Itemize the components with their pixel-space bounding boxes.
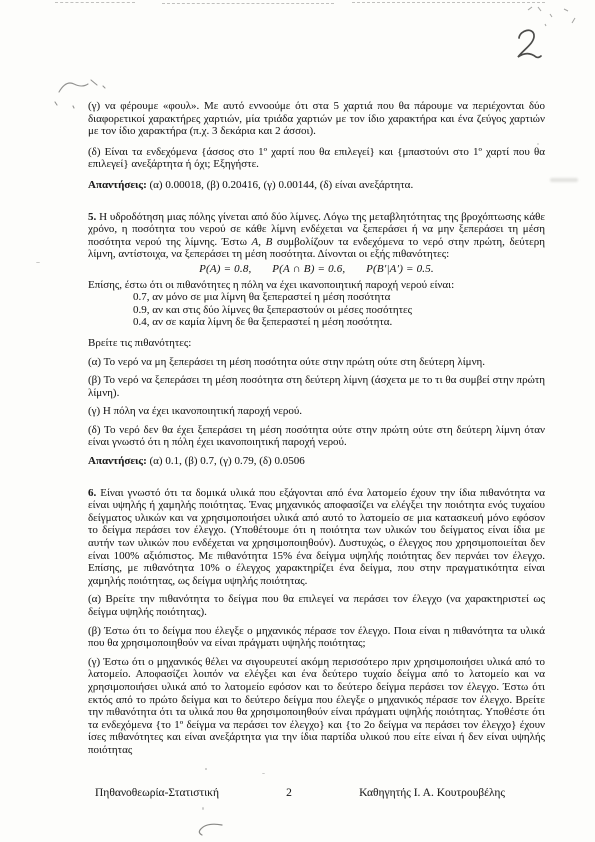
problem4-answers: Απαντήσεις: (α) 0.00018, (β) 0.20416, (γ… [88,179,545,192]
footer-instructor: Καθηγητής Ι. Α. Κουτρουβέλης [359,787,505,799]
handwritten-page-number [505,24,551,70]
problem5-part-a: (α) Το νερό να μη ξεπεράσει τη μέση ποσό… [88,356,545,369]
scan-speck [205,768,207,770]
problem5-event-symbols: A, B [252,236,273,248]
problem4-part-c: (γ) να φέρουμε «φουλ». Με αυτό εννοούμε … [88,100,545,138]
scan-speck [262,773,265,774]
handwritten-squiggle [188,820,230,842]
scan-speck [202,807,204,810]
problem5-find-label: Βρείτε τις πιθανότητες: [88,337,545,350]
answers-values: (α) 0.1, (β) 0.7, (γ) 0.79, (δ) 0.0506 [147,455,305,467]
problem5-number: 5. [88,211,96,223]
problem5-supply-intro: Επίσης, έστω ότι οι πιθανότητες η πόλη ν… [88,279,545,292]
problem6-intro: 6. Είναι γνωστό ότι τα δομικά υλικά που … [88,487,545,588]
supply-case: 0.4, αν σε καμία λίμνη δε θα ξεπεραστεί … [133,316,545,329]
footer-course-title: Πηθανοθεωρία-Στατιστική [95,787,219,799]
answers-label: Απαντήσεις: [88,179,147,191]
problem6-intro-text: Είναι γνωστό ότι τα δομικά υλικά που εξά… [88,487,545,587]
scan-smudge [550,178,578,182]
problem6-part-b: (β) Έστω ότι το δείγμα που έλεγξε ο μηχα… [88,625,545,650]
document-body: (γ) να φέρουμε «φουλ». Με αυτό εννοούμε … [88,100,545,757]
formula-term-1: P(A) = 0.8, [199,263,251,275]
problem5-part-c: (γ) Η πόλη να έχει ικανοποιητική παροχή … [88,405,545,418]
supply-case: 0.9, αν και στις δύο λίμνες θα ξεπεραστο… [133,304,545,317]
problem6-number: 6. [88,487,96,499]
answers-values: (α) 0.00018, (β) 0.20416, (γ) 0.00144, (… [147,179,413,191]
scan-speck [537,143,539,145]
scanned-document-page: (γ) να φέρουμε «φουλ». Με αυτό εννοούμε … [0,0,595,842]
problem6-part-a: (α) Βρείτε την πιθανότητα το δείγμα που … [88,593,545,618]
answers-label: Απαντήσεις: [88,455,147,467]
footer-page-number: 2 [286,787,292,799]
problem5-part-b: (β) Το νερό να ξεπεράσει τη μέση ποσότητ… [88,374,545,399]
problem5-intro: 5. Η υδροδότηση μιας πόλης γίνεται από δ… [88,211,545,261]
scan-speck [36,262,40,263]
scan-edge-dash [162,3,334,4]
problem5-probability-formula: P(A) = 0.8, P(A ∩ B) = 0.6, P(B′|A′) = 0… [88,263,545,276]
scan-edge-dash [352,2,545,3]
formula-term-3: P(B′|A′) = 0.5. [366,263,434,275]
page-footer: Πηθανοθεωρία-Στατιστική 2 Καθηγητής Ι. Α… [95,787,505,799]
supply-case: 0.7, αν μόνο σε μια λίμνη θα ξεπεραστεί … [133,291,545,304]
scan-edge-dash [55,2,135,3]
problem5-supply-cases: 0.7, αν μόνο σε μια λίμνη θα ξεπεραστεί … [88,291,545,329]
problem6-part-c: (γ) Έστω ότι ο μηχανικός θέλει να σιγουρ… [88,656,545,757]
problem5-part-d: (δ) Το νερό δεν θα έχει ξεπεράσει τη μέσ… [88,424,545,449]
problem4-part-d: (δ) Είναι τα ενδεχόμενα {άσσος στο 1º χα… [88,146,545,171]
formula-term-2: P(A ∩ B) = 0.6, [272,263,345,275]
problem5-answers: Απαντήσεις: (α) 0.1, (β) 0.7, (γ) 0.79, … [88,455,545,468]
